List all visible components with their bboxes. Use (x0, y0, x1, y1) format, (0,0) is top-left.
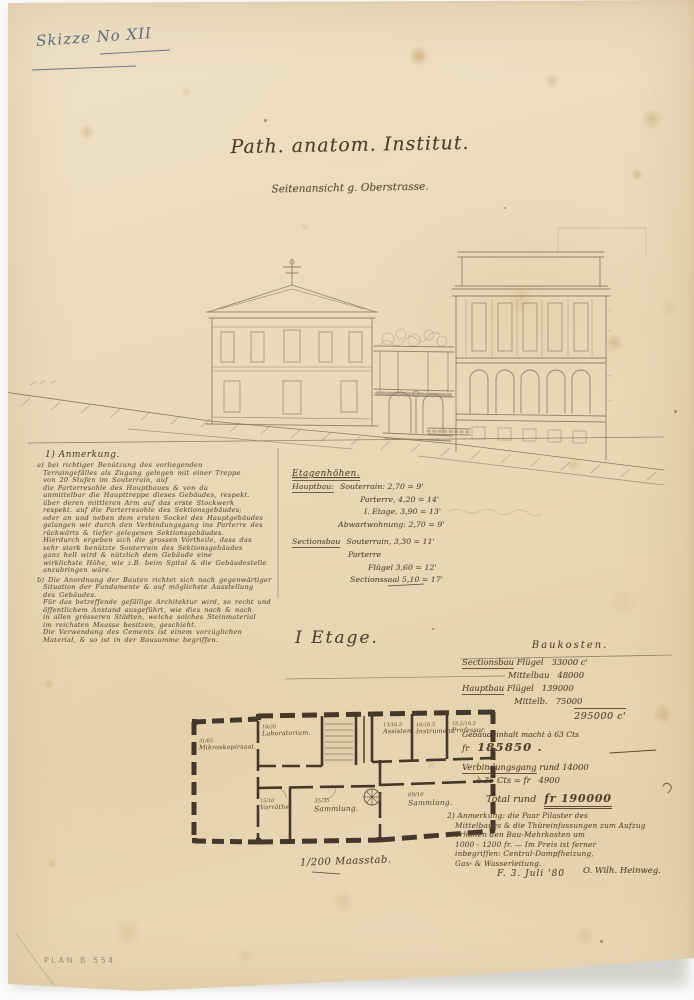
cost-label: Mittelbau (508, 670, 549, 680)
note-line: inbegriffen: Central-Dampfheizung, (455, 849, 687, 859)
room-dimension: 18/20 (262, 724, 311, 731)
cost-row: fr185850 . (462, 741, 678, 755)
note-line: 2) Anmerkung: die Paar Pilaster des (447, 811, 687, 821)
storey-row: Sectionssaal 5,10 = 17' (292, 574, 502, 587)
cost-row: Total rundfr 190000 (462, 792, 678, 806)
note-line: Material, & so ist in der Bausumme begri… (43, 637, 278, 645)
storey-value: Parterre (348, 550, 381, 559)
date-note: F. 3. Juli '80 (497, 869, 565, 879)
room-laboratorium: 18/20Laboratorium. (262, 724, 311, 738)
room-professor: 18,5/16,5Professor. (452, 721, 486, 735)
storey-value: Abwartwohnung: 2,70 = 9' (338, 520, 444, 529)
page-title: Path. anatom. Institut. (215, 132, 485, 159)
cost-group: Verbindungsgang (462, 762, 537, 774)
note-line: anzubringen wäre. (43, 567, 278, 575)
rosette (364, 789, 380, 805)
room-dimension: 18,5/16,5 (452, 721, 486, 728)
archive-stamp: PLAN B 554 (44, 956, 116, 965)
room-mikroskopirsaal: 31/65Mikroskopirsaal. (199, 738, 256, 752)
cost-label: à 35 Cts = fr (476, 775, 531, 785)
note-line: Mittelbaues & die Thüreinfassungen zum A… (455, 821, 687, 831)
room-dimension: 69/16 (408, 792, 452, 799)
room-label: Instrument. (416, 728, 456, 736)
storey-group: Sectionsbau (292, 537, 340, 548)
storey-value: Parterre, 4,20 = 14' (360, 495, 439, 504)
costs-heading: Baukosten. (462, 640, 678, 651)
cost-value: 4900 (539, 775, 560, 785)
storey-heights-table: Etagenhöhen. Hauptbau:Souterrain: 2,70 =… (292, 461, 502, 587)
cost-label: Mittelb. (514, 696, 548, 706)
note-line: 1000 - 1200 fr. — Im Preis ist ferner (455, 840, 687, 850)
room-dimension: 31/65 (199, 738, 256, 745)
room-dimension: 15/10 (260, 798, 292, 805)
room-dimension: 16/16,5 (416, 722, 456, 729)
cost-label: Flügel (504, 683, 534, 693)
room-label: Mikroskopirsaal. (199, 744, 256, 752)
floor-label: I Etage. (295, 628, 379, 648)
cost-value: 139000 (542, 683, 574, 693)
scan-background: Skizze No XII Path. anatom. Institut. Se… (0, 0, 694, 1000)
note-2-block: 2) Anmerkung: die Paar Pilaster desMitte… (447, 811, 687, 869)
storey-heights-heading: Etagenhöhen. (292, 469, 360, 481)
storey-row: Parterre (292, 549, 502, 562)
room-label: Sammlung. (314, 804, 358, 814)
cost-label: rund 14000 (537, 762, 589, 772)
cost-group: Hauptbau (462, 683, 504, 695)
cost-row: 295000 c' (462, 710, 678, 723)
storey-row: Abwartwohnung: 2,70 = 9' (292, 519, 502, 532)
storey-row: I. Etage, 3,90 = 13' (292, 506, 502, 519)
storey-row: SectionsbauSouterrain, 3,30 = 11' (292, 536, 502, 549)
stairs-area (323, 718, 354, 764)
cost-label: Flügel (514, 657, 544, 667)
costs-block: Baukosten. Sectionsbau Flügel33000 c'Mit… (462, 640, 678, 806)
storey-group: Hauptbau: (292, 482, 334, 493)
storey-value: Souterrain, 3,30 = 11' (346, 537, 434, 546)
storey-row: Hauptbau:Souterrain: 2,70 = 9' (292, 481, 502, 494)
cost-value: 185850 . (477, 740, 543, 754)
room-instrument: 16/16,5Instrument. (416, 722, 456, 736)
cost-row: Mittelbau48000 (462, 669, 678, 682)
room-dimension: 13/16,5 (383, 722, 416, 729)
storey-rows: Hauptbau:Souterrain: 2,70 = 9'Parterre, … (292, 481, 502, 587)
room-sammlung-center: 35/35Sammlung. (314, 798, 359, 814)
cost-group: Sectionsbau (462, 657, 514, 669)
room-sammlung-right: 69/16Sammlung. (408, 792, 453, 808)
cost-row: Verbindungsgang rund 14000 (462, 761, 678, 774)
room-label: Professor. (452, 727, 486, 735)
note-1-heading: 1) Anmerkung. (45, 450, 278, 460)
cost-row: Mittelb.75000 (462, 695, 678, 708)
paper-sheet: Skizze No XII Path. anatom. Institut. Se… (0, 0, 694, 1000)
storey-value: Sectionssaal 5,10 = 17' (350, 575, 443, 584)
room-vorraethe: 15/10Vorräthe. (260, 798, 292, 812)
note-1-lines: a) bei richtiger Benützung des vorliegen… (35, 462, 278, 644)
cost-label: Total rund (486, 794, 536, 805)
cost-value: fr 190000 (544, 792, 611, 809)
room-label: Assistent. (383, 728, 416, 736)
cost-rows: Sectionsbau Flügel33000 c'Mittelbau48000… (462, 656, 678, 806)
cost-row: Hauptbau Flügel139000 (462, 682, 678, 695)
room-dimension: 35/35 (314, 798, 358, 805)
cost-row: Sectionsbau Flügel33000 c' (462, 656, 678, 669)
storey-value: I. Etage, 3,90 = 13' (364, 507, 441, 516)
cost-value: 75000 (556, 696, 583, 706)
storey-row: Flügel 3,60 = 12' (292, 562, 502, 575)
cost-value: 33000 c' (551, 657, 587, 667)
room-assistent: 13/16,5Assistent. (383, 722, 416, 736)
room-label: Laboratorium. (262, 730, 311, 738)
signature: O. Wilh. Heinweg. (583, 866, 661, 876)
cost-value: 48000 (557, 670, 584, 680)
note-line: erhöhen den Bau-Mehrkosten um (455, 830, 687, 840)
cost-value: 295000 c' (574, 708, 626, 722)
storey-value: Flügel 3,60 = 12' (368, 563, 436, 572)
room-label: Sammlung. (408, 798, 452, 808)
storey-row: Parterre, 4,20 = 14' (292, 494, 502, 507)
elevation-drawing (206, 228, 646, 460)
note-1-block: 1) Anmerkung. a) bei richtiger Benützung… (35, 450, 278, 644)
storey-value: Souterrain: 2,70 = 9' (340, 482, 423, 491)
cost-row: à 35 Cts = fr4900 (462, 774, 678, 787)
cost-label: fr (462, 743, 469, 753)
room-label: Vorräthe. (260, 804, 292, 812)
